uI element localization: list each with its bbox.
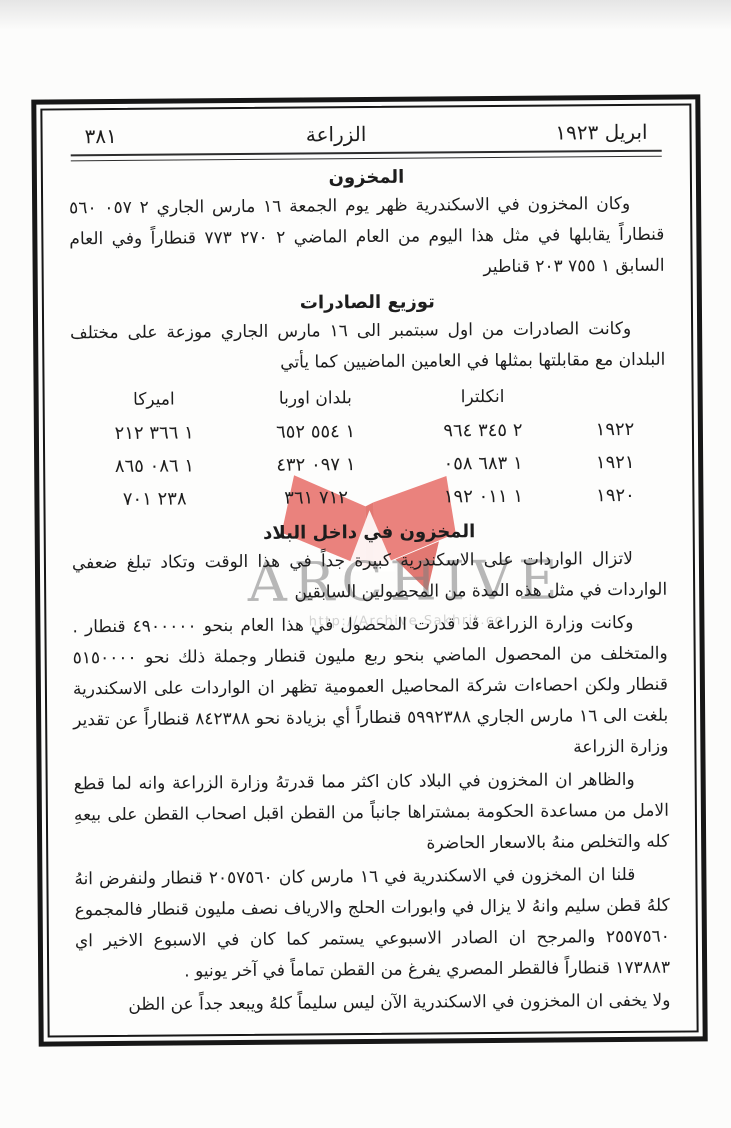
issue-date: ابريل ١٩٢٣ bbox=[555, 120, 647, 145]
table-row-year: ١٩٢١ bbox=[568, 446, 662, 480]
exports-table: انكلترا بلدان اوربا اميركا ١٩٢٢ ٢ ٣٤٥ ٩٦… bbox=[75, 380, 663, 517]
table-row-year: ١٩٢٠ bbox=[568, 479, 662, 513]
page-number: ٣٨١ bbox=[84, 124, 116, 148]
paragraph-inland-2: وكانت وزارة الزراعة قد قدرت المحصول في ه… bbox=[72, 608, 668, 768]
table-cell-america: ٢٣٨ ٧٠١ bbox=[75, 482, 234, 516]
page-header: ابريل ١٩٢٣ الزراعة ٣٨١ bbox=[68, 112, 663, 151]
paragraph-exports: وكانت الصادرات من اول سبتمبر الى ١٦ مارس… bbox=[70, 314, 665, 381]
table-header-europe: بلدان اوربا bbox=[233, 382, 398, 416]
paragraph-inland-5: ولا يخفى ان المخزون في الاسكندرية الآن ل… bbox=[75, 986, 670, 1022]
section-heading-inland-stock: المخزون في داخل البلاد bbox=[72, 520, 667, 546]
table-cell-europe: ١ ٥٥٤ ٦٥٢ bbox=[233, 415, 398, 449]
table-cell-europe: ١ ٠٩٧ ٤٣٢ bbox=[234, 448, 399, 482]
section-heading-stock: المخزون bbox=[69, 165, 664, 191]
table-cell-america: ١ ٠٨٦ ٨٦٥ bbox=[75, 449, 234, 483]
paragraph-inland-4: قلنا ان المخزون في الاسكندرية في ١٦ مارس… bbox=[74, 860, 670, 989]
header-rule bbox=[71, 150, 662, 162]
table-row-year: ١٩٢٢ bbox=[568, 413, 662, 447]
table-cell-england: ١ ٦٨٣ ٠٥٨ bbox=[398, 446, 568, 480]
document-scan: ARCHIVE http://Archive.Sakhrit.co ابريل … bbox=[0, 0, 731, 1128]
page-frame: ARCHIVE http://Archive.Sakhrit.co ابريل … bbox=[40, 103, 698, 1037]
table-cell-america: ١ ٣٦٦ ٢١٢ bbox=[75, 416, 234, 450]
table-header-america: اميركا bbox=[75, 383, 234, 417]
table-header-year bbox=[568, 380, 662, 414]
table-cell-england: ١ ٠١١ ١٩٢ bbox=[398, 479, 568, 513]
paragraph-stock: وكان المخزون في الاسكندرية ظهر يوم الجمع… bbox=[69, 189, 665, 287]
scan-shadow-band bbox=[0, 0, 731, 30]
paragraph-inland-1: لاتزال الواردات على الاسكندرية كبيرة جدا… bbox=[72, 544, 667, 611]
table-cell-europe: ٧١٢ ٣٦١ bbox=[234, 481, 399, 515]
page-content: ابريل ١٩٢٣ الزراعة ٣٨١ المخزون وكان المخ… bbox=[68, 112, 670, 1022]
section-heading-exports: توزيع الصادرات bbox=[70, 290, 665, 316]
journal-section-title: الزراعة bbox=[306, 122, 367, 146]
paragraph-inland-3: والظاهر ان المخزون في البلاد كان اكثر مم… bbox=[74, 765, 670, 863]
table-header-england: انكلترا bbox=[397, 380, 567, 414]
table-cell-england: ٢ ٣٤٥ ٩٦٤ bbox=[398, 413, 568, 447]
